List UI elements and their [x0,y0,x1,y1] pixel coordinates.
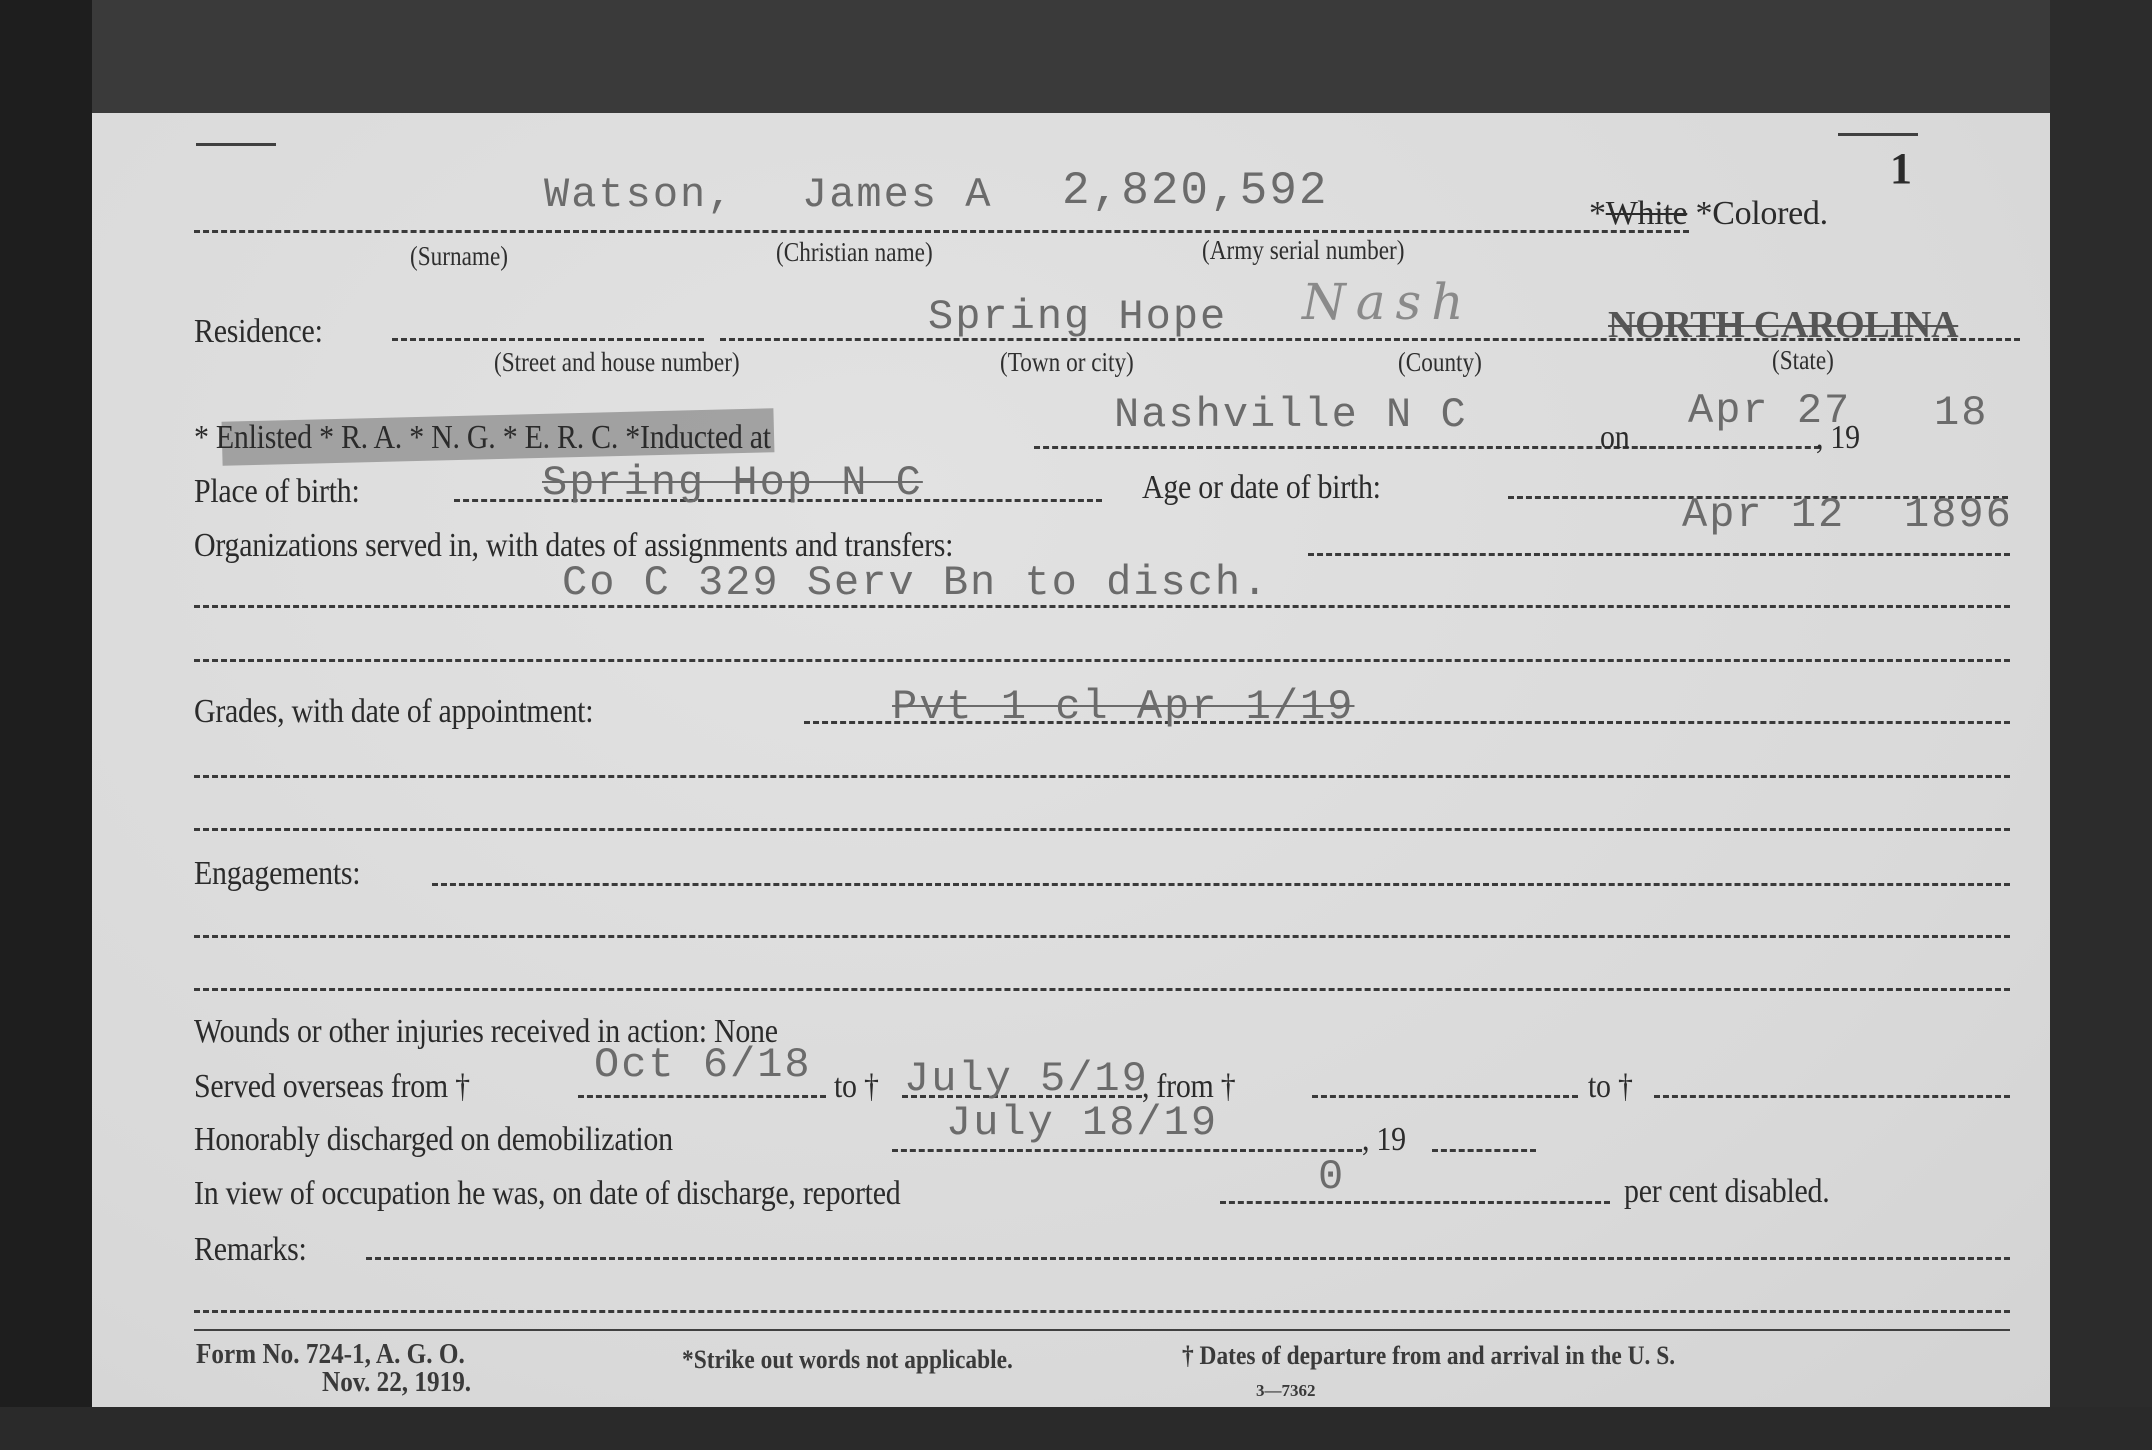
engagements-line-1 [432,883,2010,886]
induction-year-value: 18 [1934,389,1988,437]
county-value-handwritten: Nash [1302,273,1473,331]
discharge-year-line [1432,1149,1536,1152]
town-label: (Town or city) [1000,347,1134,378]
organizations-value: Co C 329 Serv Bn to disch. [562,559,1269,607]
grades-line-3 [194,828,2010,831]
christian-name-label: (Christian name) [776,237,933,268]
engagements-line-3 [194,988,2010,991]
scan-border-bottom [0,1407,2152,1450]
overseas-from-line [578,1095,826,1098]
place-of-birth-value: Spring Hop N C [542,459,923,507]
county-label: (County) [1398,347,1482,378]
discharge-date-value: July 18/19 [946,1099,1218,1147]
strike-note: *Strike out words not applicable. [682,1345,1013,1375]
organizations-line-1 [1308,553,2010,556]
serial-number-value: 2,820,592 [1062,165,1328,217]
street-label: (Street and house number) [494,347,740,378]
overseas-from2-line [1312,1095,1578,1098]
overseas-from-value: Oct 6/18 [594,1041,812,1089]
race-colored: Colored. [1712,195,1828,232]
scan-border-left [0,0,92,1450]
discharge-year-prefix: , 19 [1362,1121,1406,1159]
remarks-line-1 [366,1257,2010,1260]
birth-date-value: Apr 12 [1682,491,1845,539]
print-code: 3—7362 [1256,1381,1316,1401]
overseas-to-value: July 5/19 [904,1055,1149,1103]
organizations-line-3 [194,659,2010,662]
remarks-line-2 [194,1310,2010,1313]
disability-value: 0 [1318,1153,1345,1201]
disability-suffix: per cent disabled. [1624,1173,1829,1211]
surname-label: (Surname) [410,241,508,272]
place-of-birth-label: Place of birth: [194,473,360,511]
card-number: 1 [1890,143,1912,194]
on-label: on [1600,419,1629,457]
grades-value: Pvt 1 cl Apr 1/19 [892,683,1354,731]
enlisted-inducted-label: * Enlisted * R. A. * N. G. * E. R. C. *I… [194,419,771,457]
overseas-to2-line [1654,1095,2010,1098]
overseas-to2-label: to † [1588,1068,1633,1106]
town-value: Spring Hope [928,293,1227,341]
inducted-at-value: Nashville N C [1114,391,1468,439]
induction-year-prefix: , 19 [1816,419,1860,457]
state-label: (State) [1772,345,1834,376]
grades-label: Grades, with date of appointment: [194,693,593,731]
footer-rule [194,1329,2010,1331]
induction-date-line [1640,446,1820,449]
scan-border-right [2050,0,2152,1450]
remarks-label: Remarks: [194,1231,307,1269]
surname-value: Watson, [544,171,734,219]
name-line [194,230,1689,233]
overseas-label: Served overseas from † [194,1068,470,1106]
discharge-line [892,1149,1362,1152]
engagements-line-2 [194,935,2010,938]
form-date: Nov. 22, 1919. [322,1367,471,1399]
residence-label: Residence: [194,313,323,351]
christian-name-value: James A [802,171,992,219]
top-right-dash [1838,133,1918,136]
dagger-note: † Dates of departure from and arrival in… [1182,1341,1675,1371]
inducted-at-line [1034,446,1674,449]
discharge-label: Honorably discharged on demobilization [194,1121,673,1159]
overseas-to-label: to † [834,1068,879,1106]
disability-label: In view of occupation he was, on date of… [194,1175,900,1213]
service-record-card: 1 Watson, James A 2,820,592 *White *Colo… [92,113,2050,1407]
age-label: Age or date of birth: [1142,469,1381,507]
birth-year-value: 1896 [1904,491,2013,539]
state-value: NORTH CAROLINA [1608,303,1958,347]
top-left-dash [196,143,276,146]
serial-number-label: (Army serial number) [1202,235,1404,266]
race-options: *White *Colored. [1589,195,1828,233]
engagements-label: Engagements: [194,855,360,893]
grades-line-2 [194,775,2010,778]
race-white-struck: White [1606,195,1688,232]
street-line [392,338,704,341]
disability-line [1220,1201,1610,1204]
organizations-line-2 [194,605,2010,608]
